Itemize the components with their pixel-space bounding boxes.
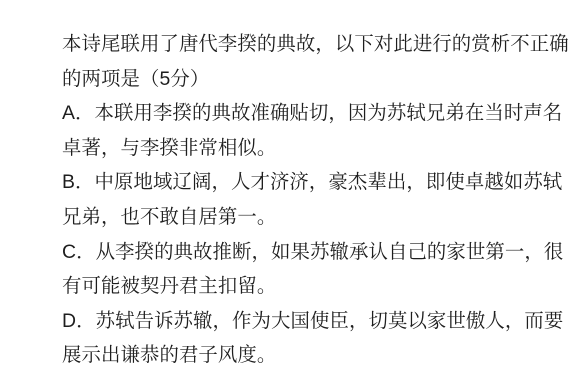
option-c-line-2: 有可能被契丹君主扣留。 bbox=[62, 269, 572, 304]
question-stem-line-1: 本诗尾联用了唐代李揆的典故，以下对此进行的赏析不正确 bbox=[62, 27, 572, 62]
option-b-line-2: 兄弟，也不敢自居第一。 bbox=[62, 200, 572, 235]
question-stem-line-2: 的两项是（5分） bbox=[62, 62, 572, 97]
option-a-line-1: A．本联用李揆的典故准确贴切，因为苏轼兄弟在当时声名 bbox=[62, 96, 572, 131]
option-d-line-2: 展示出谦恭的君子风度。 bbox=[62, 338, 572, 373]
option-a: A．本联用李揆的典故准确贴切，因为苏轼兄弟在当时声名 卓著，与李揆非常相似。 bbox=[62, 96, 572, 165]
option-a-line-2: 卓著，与李揆非常相似。 bbox=[62, 131, 572, 166]
question-stem: 本诗尾联用了唐代李揆的典故，以下对此进行的赏析不正确 的两项是（5分） bbox=[62, 27, 572, 96]
option-d: D．苏轼告诉苏辙，作为大国使臣，切莫以家世傲人，而要 展示出谦恭的君子风度。 bbox=[62, 304, 572, 373]
option-c: C．从李揆的典故推断，如果苏辙承认自己的家世第一，很 有可能被契丹君主扣留。 bbox=[62, 235, 572, 304]
option-c-line-1: C．从李揆的典故推断，如果苏辙承认自己的家世第一，很 bbox=[62, 235, 572, 270]
option-b-line-1: B．中原地域辽阔，人才济济，豪杰辈出，即使卓越如苏轼 bbox=[62, 165, 572, 200]
option-d-line-1: D．苏轼告诉苏辙，作为大国使臣，切莫以家世傲人，而要 bbox=[62, 304, 572, 339]
option-b: B．中原地域辽阔，人才济济，豪杰辈出，即使卓越如苏轼 兄弟，也不敢自居第一。 bbox=[62, 165, 572, 234]
question-text-block: 本诗尾联用了唐代李揆的典故，以下对此进行的赏析不正确 的两项是（5分） A．本联… bbox=[62, 27, 572, 373]
